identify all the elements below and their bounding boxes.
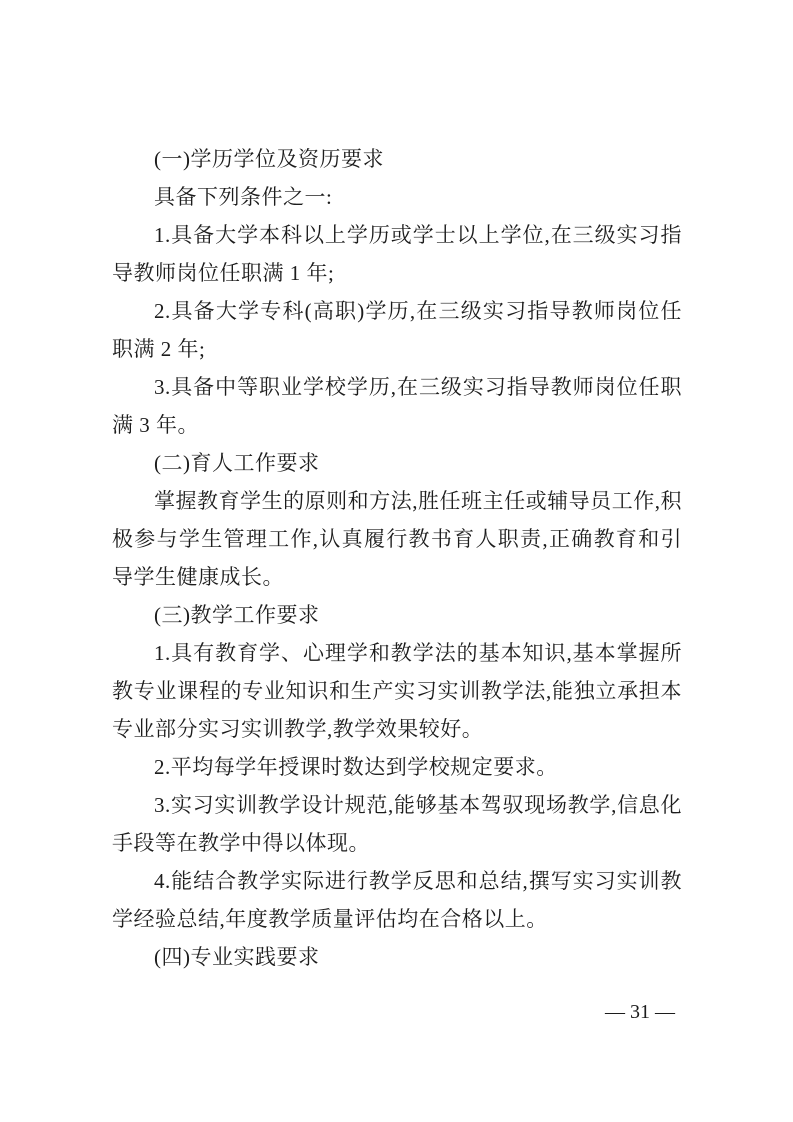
document-page: (一)学历学位及资历要求 具备下列条件之一: 1.具备大学本科以上学历或学士以上…: [0, 0, 793, 1122]
paragraph: 2.具备大学专科(高职)学历,在三级实习指导教师岗位任职满 2 年;: [112, 292, 682, 368]
document-body: (一)学历学位及资历要求 具备下列条件之一: 1.具备大学本科以上学历或学士以上…: [112, 140, 682, 976]
paragraph: 1.具备大学本科以上学历或学士以上学位,在三级实习指导教师岗位任职满 1 年;: [112, 216, 682, 292]
section-heading: (三)教学工作要求: [112, 596, 682, 634]
section-heading: (二)育人工作要求: [112, 444, 682, 482]
section-heading: (四)专业实践要求: [112, 938, 682, 976]
section-heading: (一)学历学位及资历要求: [112, 140, 682, 178]
paragraph: 3.实习实训教学设计规范,能够基本驾驭现场教学,信息化手段等在教学中得以体现。: [112, 786, 682, 862]
paragraph: 1.具有教育学、心理学和教学法的基本知识,基本掌握所教专业课程的专业知识和生产实…: [112, 634, 682, 748]
paragraph: 掌握教育学生的原则和方法,胜任班主任或辅导员工作,积极参与学生管理工作,认真履行…: [112, 482, 682, 596]
paragraph: 具备下列条件之一:: [112, 178, 682, 216]
page-number: — 31 —: [605, 1000, 675, 1024]
paragraph: 3.具备中等职业学校学历,在三级实习指导教师岗位任职满 3 年。: [112, 368, 682, 444]
paragraph: 4.能结合教学实际进行教学反思和总结,撰写实习实训教学经验总结,年度教学质量评估…: [112, 862, 682, 938]
paragraph: 2.平均每学年授课时数达到学校规定要求。: [112, 748, 682, 786]
